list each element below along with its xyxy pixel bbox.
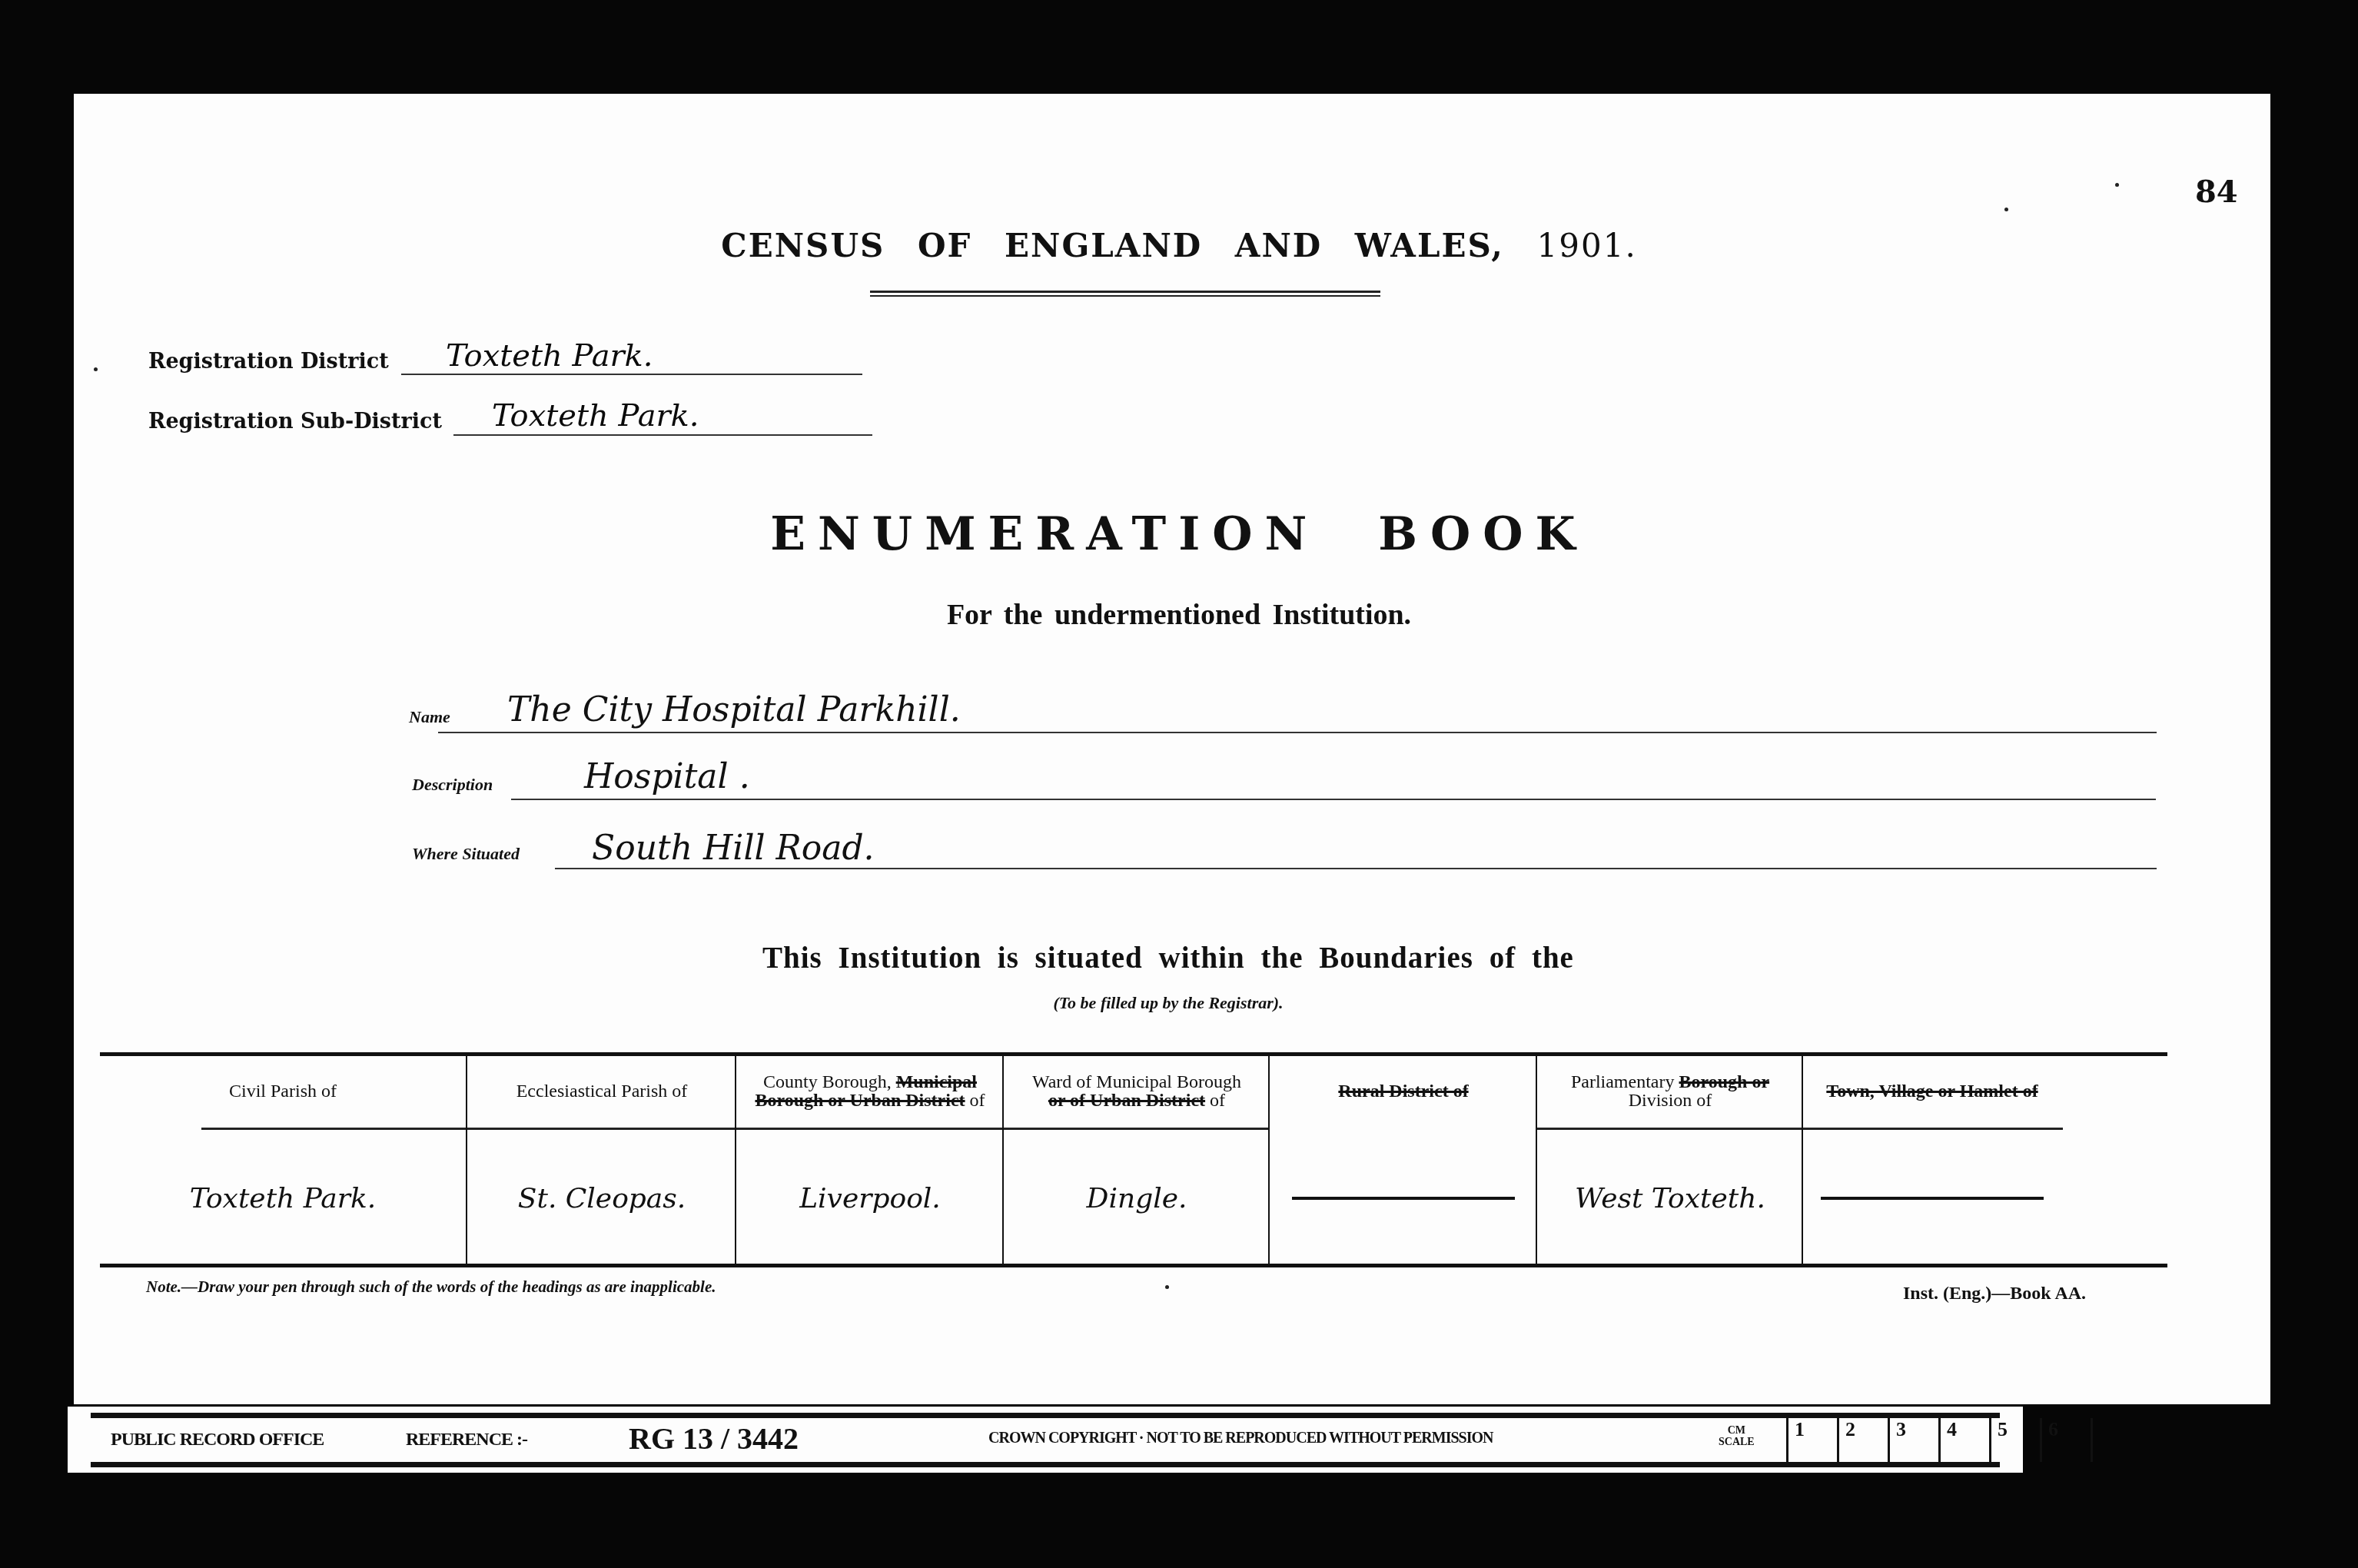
header-rule xyxy=(1803,1128,2063,1130)
boundaries-subtitle: (To be filled up by the Registrar). xyxy=(0,993,2336,1013)
struck-text: or of Urban District xyxy=(1048,1091,1205,1111)
scale-tick: 4 xyxy=(1938,1418,1986,1462)
ward-value: Dingle. xyxy=(1004,1133,1270,1264)
cm-scale-label: CM SCALE xyxy=(1719,1425,1755,1448)
institution-description-line xyxy=(511,797,2156,800)
column-header: Ward of Municipal Boroughor of Urban Dis… xyxy=(1004,1056,1270,1127)
registration-subdistrict-value: Toxteth Park. xyxy=(492,398,699,434)
column-header-text: Ecclesiastical Parish of xyxy=(516,1082,688,1101)
header-rule xyxy=(467,1128,736,1130)
institution-situated-label: Where Situated xyxy=(412,844,520,864)
ink-speck xyxy=(2004,208,2008,211)
column-town-village-hamlet: Town, Village or Hamlet of xyxy=(1802,1056,2169,1264)
record-office-label: PUBLIC RECORD OFFICE xyxy=(111,1430,324,1450)
scale-end xyxy=(2091,1418,2094,1462)
ink-speck xyxy=(2115,183,2119,187)
page-number: 84 xyxy=(2195,174,2238,210)
column-header-suffix: of xyxy=(970,1091,985,1111)
scale-tick: 5 xyxy=(1989,1418,2037,1462)
column-parliamentary-division: Parliamentary Borough or Division of Wes… xyxy=(1536,1056,1803,1264)
column-header-text: Parliamentary xyxy=(1571,1072,1675,1092)
column-header: Town, Village or Hamlet of xyxy=(1803,1056,2061,1127)
census-year: 1901. xyxy=(1537,227,1637,264)
civil-parish-value: Toxteth Park. xyxy=(100,1133,466,1264)
ink-speck xyxy=(1165,1285,1169,1289)
header-rule xyxy=(736,1128,1004,1130)
census-title: CENSUS OF ENGLAND AND WALES, 1901. xyxy=(0,227,2358,264)
registration-district-value: Toxteth Park. xyxy=(446,338,653,374)
column-header: Ecclesiastical Parish of xyxy=(467,1056,736,1127)
boundaries-table: Civil Parish of Toxteth Park. Ecclesiast… xyxy=(100,1052,2167,1267)
institution-name-value: The City Hospital Parkhill. xyxy=(507,690,961,729)
strip-rule xyxy=(91,1462,2000,1467)
struck-text: Rural District of xyxy=(1338,1082,1468,1101)
column-header-suffix: of xyxy=(1210,1091,1225,1111)
boundaries-title: This Institution is situated within the … xyxy=(0,941,2336,975)
county-borough-value: Liverpool. xyxy=(736,1133,1004,1264)
institution-description-label: Description xyxy=(412,775,493,795)
column-ecclesiastical-parish: Ecclesiastical Parish of St. Cleopas. xyxy=(466,1056,736,1264)
scale-tick: 3 xyxy=(1888,1418,1935,1462)
struck-text: Town, Village or Hamlet of xyxy=(1826,1082,2038,1101)
column-rural-district: Rural District of xyxy=(1268,1056,1537,1264)
column-ward: Ward of Municipal Boroughor of Urban Dis… xyxy=(1002,1056,1270,1264)
registration-subdistrict-label: Registration Sub-District xyxy=(148,410,442,434)
scale-tick: 6 xyxy=(2040,1418,2087,1462)
column-header: Civil Parish of xyxy=(100,1056,466,1127)
institution-name-label: Name xyxy=(409,707,450,727)
rural-district-value xyxy=(1270,1133,1537,1264)
institution-name-line xyxy=(438,730,2157,733)
scale-tick: 1 xyxy=(1786,1418,1834,1462)
struck-text: Borough or xyxy=(1679,1072,1770,1092)
enumeration-book-title: ENUMERATION BOOK xyxy=(0,507,2358,561)
scale-label-line: CM xyxy=(1719,1425,1755,1437)
column-header: Parliamentary Borough or Division of xyxy=(1537,1056,1803,1127)
strip-rule xyxy=(91,1413,2000,1418)
title-double-rule xyxy=(870,291,1380,297)
scale-tick: 2 xyxy=(1837,1418,1885,1462)
column-civil-parish: Civil Parish of Toxteth Park. xyxy=(100,1056,466,1264)
enumeration-book-subtitle: For the undermentioned Institution. xyxy=(0,598,2358,632)
form-code: Inst. (Eng.)—Book AA. xyxy=(1903,1284,2086,1304)
header-rule xyxy=(1004,1128,1270,1130)
blank-dash xyxy=(1292,1197,1515,1200)
column-header: Rural District of xyxy=(1270,1056,1537,1127)
header-rule xyxy=(201,1128,466,1130)
reference-label: REFERENCE :- xyxy=(406,1430,527,1450)
parliamentary-division-value: West Toxteth. xyxy=(1537,1133,1803,1264)
column-header-text: Civil Parish of xyxy=(229,1082,337,1101)
column-header-text: Ward of Municipal Borough xyxy=(1032,1072,1241,1092)
headings-note: Note.—Draw your pen through such of the … xyxy=(146,1277,716,1297)
header-rule xyxy=(1537,1128,1803,1130)
institution-description-value: Hospital . xyxy=(584,757,750,796)
copyright-notice: CROWN COPYRIGHT · NOT TO BE REPRODUCED W… xyxy=(988,1430,1493,1447)
blank-dash xyxy=(1821,1197,2044,1200)
record-office-strip: PUBLIC RECORD OFFICE REFERENCE :- RG 13 … xyxy=(68,1407,2023,1473)
ink-speck xyxy=(94,367,98,371)
scale-label-line: SCALE xyxy=(1719,1437,1755,1448)
column-header-text: County Borough, xyxy=(763,1072,892,1092)
column-header-suffix: Division of xyxy=(1629,1091,1712,1111)
reference-value: RG 13 / 3442 xyxy=(629,1420,799,1457)
census-title-text: CENSUS OF ENGLAND AND WALES, xyxy=(721,227,1504,264)
ecclesiastical-parish-value: St. Cleopas. xyxy=(467,1133,736,1264)
column-header: County Borough, Municipal Borough or Urb… xyxy=(736,1056,1004,1127)
registration-district-label: Registration District xyxy=(148,350,389,374)
town-village-hamlet-value xyxy=(1803,1133,2061,1264)
institution-situated-value: South Hill Road. xyxy=(592,829,875,868)
column-county-borough: County Borough, Municipal Borough or Urb… xyxy=(735,1056,1004,1264)
